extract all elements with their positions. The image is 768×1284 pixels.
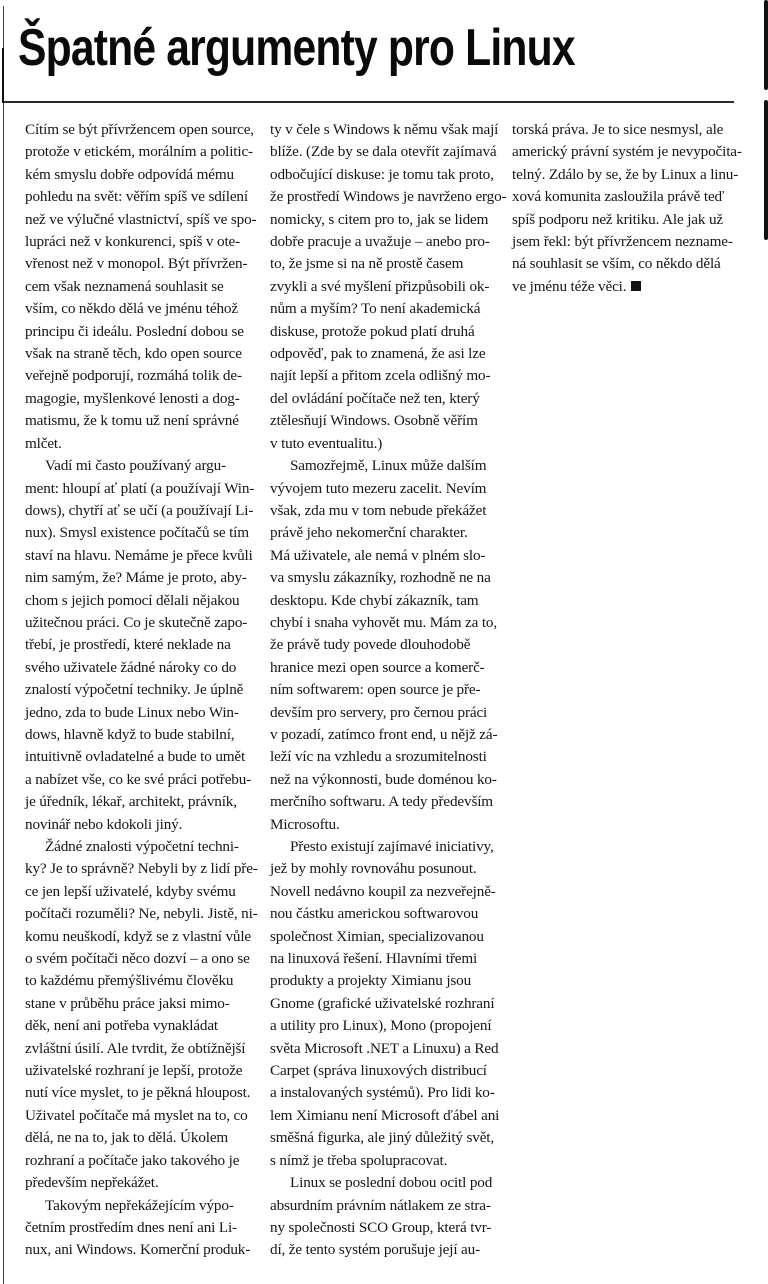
line-text: chom s jejich pomocí dělali nějakou [25,592,240,609]
line-text: a utility pro Linux), Mono (propojení [270,1017,491,1034]
line-text: vývojem tuto mezeru zacelit. Nevím [270,480,486,497]
line-text: kém smyslu dobře odpovídá mému [25,166,234,183]
text-line: nům a myším? To není akademická [270,298,500,320]
line-text: o svém počítači něco dozví – a ono se [25,950,250,967]
text-line: ty v čele s Windows k němu však mají [270,119,500,141]
text-line: ny společnosti SCO Group, která tvr- [270,1217,500,1239]
line-text: xová komunita zasloužila právě teď [512,188,724,205]
line-text: však na straně těch, kdo open source [25,345,242,362]
text-line: světa Microsoft .NET a Linuxu) a Red [270,1038,500,1060]
line-text: užitečnou práci. Co je skutečně zapo- [25,614,247,631]
line-text: zvláštní úsilí. Ale tvrdit, že obtížnějš… [25,1040,245,1057]
text-line: dělá, ne na to, jak to dělá. Úkolem [25,1127,253,1149]
text-line: dobře pracuje a uvažuje – anebo pro- [270,231,500,253]
line-text: veřejně podporují, rozmáhá tolik de- [25,367,242,384]
line-text: četním prostředím dnes není ani Li- [25,1219,237,1236]
line-text: lem Ximianu není Microsoft ďábel ani [270,1107,499,1124]
text-line: ve jménu téže věci. [512,276,742,298]
paragraph-start-line: Žádné znalosti výpočetní techni- [25,836,253,858]
text-line: vývojem tuto mezeru zacelit. Nevím [270,478,500,500]
text-line: najít lepší a přitom zcela odlišný mo- [270,365,500,387]
text-line: a nabízet vše, co ke své práci potřebu- [25,769,253,791]
text-line: zvykli a své myšlení přizpůsobili ok- [270,276,500,298]
line-text: jedno, zda to bude Linux nebo Win- [25,704,239,721]
line-text: než na výkonnosti, bude doménou ko- [270,771,497,788]
line-text: dobře pracuje a uvažuje – anebo pro- [270,233,490,250]
line-text: lupráci než v konkurenci, spíš v ote- [25,233,240,250]
text-line: ment: hloupí ať platí (a používají Win- [25,478,253,500]
text-line: lem Ximianu není Microsoft ďábel ani [270,1105,500,1127]
paragraph-start-line: Vadí mi často používaný argu- [25,455,253,477]
line-text: je úředník, lékař, architekt, právník, [25,793,237,810]
line-text: Novell nedávno koupil za nezveřejně- [270,883,496,900]
line-text: Cítím se být přívržencem open source, [25,121,254,138]
text-line: však na straně těch, kdo open source [25,343,253,365]
line-text: cem však neznamená souhlasit se [25,278,224,295]
line-text: počítači rozuměli? Ne, nebyli. Jistě, ni… [25,905,258,922]
text-line: užitečnou práci. Co je skutečně zapo- [25,612,253,634]
text-line: znalostí výpočetní techniky. Je úplně [25,679,253,701]
line-text: rozhraní a počítače jako takového je [25,1152,239,1169]
text-line: a utility pro Linux), Mono (propojení [270,1015,500,1037]
text-line: směšná figurka, ale jiný důležitý svět, [270,1127,500,1149]
line-text: diskuse, protože pokud platí druhá [270,323,475,340]
line-text: a instalovaných systémů). Pro lidi ko- [270,1084,495,1101]
line-text: dělá, ne na to, jak to dělá. Úkolem [25,1129,228,1146]
line-text: intuitivně ovladatelné a bude to umět [25,748,245,765]
text-line: telný. Zdálo by se, že by Linux a linu- [512,164,742,186]
text-line: va smyslu zákazníky, rozhodně ne na [270,567,500,589]
line-text: ve jménu téže věci. [512,278,626,295]
line-text: společnost Ximian, specializovanou [270,928,484,945]
text-line: staví na hlavu. Nemáme je přece kvůli [25,545,253,567]
text-line: del ovládání počítače než ten, který [270,388,500,410]
line-text: novinář nebo kdokoli jiný. [25,816,182,833]
text-line: Microsoftu. [270,814,500,836]
text-line: nim samým, že? Máme je proto, aby- [25,567,253,589]
line-text: než ve výlučné vlastnictví, spíš ve spo- [25,211,256,228]
text-line: desktopu. Kde chybí zákazník, tam [270,590,500,612]
text-line: chom s jejich pomocí dělali nějakou [25,590,253,612]
text-line: dows, hlavně když to bude stabilní, [25,724,253,746]
line-text: dows), chytří ať se učí (a používají Li- [25,502,253,519]
line-text: nům a myším? To není akademická [270,300,480,317]
text-line: a instalovaných systémů). Pro lidi ko- [270,1082,500,1104]
text-line: vším, co někdo dělá ve jménu téhož [25,298,253,320]
text-line: merčního softwaru. A tedy především [270,791,500,813]
page-left-edge-mark [2,48,4,103]
line-text: Microsoftu. [270,816,340,833]
text-line: matismu, že k tomu už není správné [25,410,253,432]
text-line: ce jen lepší uživatelé, kdyby svému [25,881,253,903]
line-text: jež by mohly rovnováhu posunout. [270,860,477,877]
text-line: intuitivně ovladatelné a bude to umět [25,746,253,768]
line-text: nim samým, že? Máme je proto, aby- [25,569,247,586]
line-text: Takovým nepřekážejícím výpo- [45,1197,234,1214]
line-text: směšná figurka, ale jiný důležitý svět, [270,1129,494,1146]
end-of-article-square-icon [631,281,641,291]
line-text: nutí více myslet, to je pěkná hloupost. [25,1084,250,1101]
line-text: Přesto existují zajímavé iniciativy, [290,838,494,855]
line-text: ním softwarem: open source je pře- [270,681,480,698]
text-line: produkty a projekty Ximianu jsou [270,970,500,992]
line-text: magogie, myšlenkové lenosti a dog- [25,390,240,407]
line-text: zvykli a své myšlení přizpůsobili ok- [270,278,489,295]
text-line: nou částku americkou softwarovou [270,903,500,925]
text-line: ky? Je to správně? Nebyli by z lidí pře- [25,858,253,880]
text-line: jsem řekl: být přívržencem nezname- [512,231,742,253]
text-line: že právě tudy povede dlouhodobě [270,634,500,656]
text-line: spíš podporu než kritiku. Ale jak už [512,209,742,231]
line-text: třebí, je prostředí, které neklade na [25,636,231,653]
text-line: protože v etickém, morálním a politic- [25,141,253,163]
text-line: uživatelské rozhraní je lepší, protože [25,1060,253,1082]
text-line: veřejně podporují, rozmáhá tolik de- [25,365,253,387]
line-text: hranice mezi open source a komerč- [270,659,485,676]
line-text: s nímž je třeba spolupracovat. [270,1152,447,1169]
text-line: především nepřekážet. [25,1172,253,1194]
text-line: Gnome (grafické uživatelské rozhraní [270,993,500,1015]
line-text: spíš podporu než kritiku. Ale jak už [512,211,723,228]
text-line: než ve výlučné vlastnictví, spíš ve spo- [25,209,253,231]
text-line: odpověď, pak to znamená, že asi lze [270,343,500,365]
text-line: Novell nedávno koupil za nezveřejně- [270,881,500,903]
text-line: je úředník, lékař, architekt, právník, [25,791,253,813]
line-text: Vadí mi často používaný argu- [45,457,226,474]
line-text: dows, hlavně když to bude stabilní, [25,726,234,743]
text-line: na linuxová řešení. Hlavními třemi [270,948,500,970]
line-text: že právě tudy povede dlouhodobě [270,636,470,653]
text-line: pohledu na svět: věřím spíš ve sdílení [25,186,253,208]
line-text: va smyslu zákazníky, rozhodně ne na [270,569,491,586]
text-line: Uživatel počítače má myslet na to, co [25,1105,253,1127]
text-line: to každému přemýšlivému člověku [25,970,253,992]
line-text: torská práva. Je to sice nesmysl, ale [512,121,723,138]
text-line: jedno, zda to bude Linux nebo Win- [25,702,253,724]
line-text: ná souhlasit se vším, co někdo dělá [512,255,721,272]
text-line: lupráci než v konkurenci, spíš v ote- [25,231,253,253]
text-line: xová komunita zasloužila právě teď [512,186,742,208]
text-line: děk, není ani potřeba vynakládat [25,1015,253,1037]
text-line: dí, že tento systém porušuje její au- [270,1239,500,1261]
text-line: blíže. (Zde by se dala otevřít zajímavá [270,141,500,163]
paragraph-start-line: Takovým nepřekážejícím výpo- [25,1195,253,1217]
line-text: svého uživatele žádné nároky co do [25,659,236,676]
text-line: chybí i snaha vyhovět mu. Mám za to, [270,612,500,634]
line-text: odbočující diskuse: je tomu tak proto, [270,166,494,183]
text-line: torská práva. Je to sice nesmysl, ale [512,119,742,141]
text-line: než na výkonnosti, bude doménou ko- [270,769,500,791]
text-line: novinář nebo kdokoli jiný. [25,814,253,836]
line-text: především nepřekážet. [25,1174,158,1191]
paragraph-start-line: Linux se poslední dobou ocitl pod [270,1172,500,1194]
line-text: del ovládání počítače než ten, který [270,390,480,407]
line-text: najít lepší a přitom zcela odlišný mo- [270,367,490,384]
line-text: produkty a projekty Ximianu jsou [270,972,471,989]
text-line: však, zda mu v tom nebude překážet [270,500,500,522]
line-text: pohledu na svět: věřím spíš ve sdílení [25,188,248,205]
line-text: telný. Zdálo by se, že by Linux a linu- [512,166,738,183]
line-text: blíže. (Zde by se dala otevřít zajímavá [270,143,497,160]
text-line: vřenost než v monopol. Být přívržen- [25,253,253,275]
text-line: devším pro servery, pro černou práci [270,702,500,724]
text-line: diskuse, protože pokud platí druhá [270,321,500,343]
text-line: Cítím se být přívržencem open source, [25,119,253,141]
text-line: ná souhlasit se vším, co někdo dělá [512,253,742,275]
line-text: principu či ideálu. Poslední dobou se [25,323,244,340]
line-text: Gnome (grafické uživatelské rozhraní [270,995,494,1012]
text-line: s nímž je třeba spolupracovat. [270,1150,500,1172]
article-column-1: Cítím se být přívržencem open source,pro… [25,119,253,1262]
text-line: nutí více myslet, to je pěkná hloupost. [25,1082,253,1104]
line-text: nux, ani Windows. Komerční produk- [25,1241,250,1258]
line-text: ce jen lepší uživatelé, kdyby svému [25,883,236,900]
line-text: že prostředí Windows je navrženo ergo- [270,188,506,205]
text-line: Carpet (správa linuxových distribucí [270,1060,500,1082]
article-column-2: ty v čele s Windows k němu však majíblíž… [270,119,500,1262]
text-line: magogie, myšlenkové lenosti a dog- [25,388,253,410]
line-text: stane v průběhu práce jaksi mimo- [25,995,230,1012]
line-text: Samozřejmě, Linux může dalším [290,457,486,474]
line-text: Carpet (správa linuxových distribucí [270,1062,487,1079]
text-line: americký právní systém je nevypočita- [512,141,742,163]
line-text: nou částku americkou softwarovou [270,905,478,922]
line-text: komu neuškodí, když se z vlastní vůle [25,928,251,945]
line-text: a nabízet vše, co ke své práci potřebu- [25,771,251,788]
text-line: rozhraní a počítače jako takového je [25,1150,253,1172]
line-text: děk, není ani potřeba vynakládat [25,1017,218,1034]
text-line: nux). Smysl existence počítačů se tím [25,522,253,544]
text-line: třebí, je prostředí, které neklade na [25,634,253,656]
text-line: odbočující diskuse: je tomu tak proto, [270,164,500,186]
text-line: absurdním právním nátlakem ze stra- [270,1195,500,1217]
line-text: ny společnosti SCO Group, která tvr- [270,1219,491,1236]
line-text: v pozadí, zatímco front end, u nějž zá- [270,726,497,743]
text-line: právě jeho nekomerční charakter. [270,522,500,544]
text-line: nomicky, s citem pro to, jak se lidem [270,209,500,231]
text-line: komu neuškodí, když se z vlastní vůle [25,926,253,948]
line-text: světa Microsoft .NET a Linuxu) a Red [270,1040,498,1057]
line-text: právě jeho nekomerční charakter. [270,524,468,541]
paragraph-start-line: Přesto existují zajímavé iniciativy, [270,836,500,858]
text-line: stane v průběhu práce jaksi mimo- [25,993,253,1015]
text-line: ztělesňují Windows. Osobně věřím [270,410,500,432]
line-text: na linuxová řešení. Hlavními třemi [270,950,477,967]
text-line: leží víc na vzhledu a srozumitelnosti [270,746,500,768]
line-text: Linux se poslední dobou ocitl pod [290,1174,492,1191]
line-text: chybí i snaha vyhovět mu. Mám za to, [270,614,497,631]
line-text: to každému přemýšlivému člověku [25,972,233,989]
text-line: ním softwarem: open source je pře- [270,679,500,701]
text-line: počítači rozuměli? Ne, nebyli. Jistě, ni… [25,903,253,925]
line-text: vřenost než v monopol. Být přívržen- [25,255,247,272]
line-text: matismu, že k tomu už není správné [25,412,239,429]
text-line: dows), chytří ať se učí (a používají Li- [25,500,253,522]
title-rule [4,101,734,103]
line-text: ky? Je to správně? Nebyli by z lidí pře- [25,860,258,877]
line-text: absurdním právním nátlakem ze stra- [270,1197,491,1214]
line-text: odpověď, pak to znamená, že asi lze [270,345,485,362]
line-text: protože v etickém, morálním a politic- [25,143,253,160]
text-line: principu či ideálu. Poslední dobou se [25,321,253,343]
line-text: merčního softwaru. A tedy především [270,793,493,810]
paragraph-start-line: Samozřejmě, Linux může dalším [270,455,500,477]
text-line: zvláštní úsilí. Ale tvrdit, že obtížnějš… [25,1038,253,1060]
text-line: to, že jsme si na ně prostě časem [270,253,500,275]
line-text: americký právní systém je nevypočita- [512,143,742,160]
line-text: vším, co někdo dělá ve jménu téhož [25,300,238,317]
article-column-3: torská práva. Je to sice nesmysl, aleame… [512,119,742,298]
text-line: jež by mohly rovnováhu posunout. [270,858,500,880]
line-text: jsem řekl: být přívržencem nezname- [512,233,733,250]
line-text: desktopu. Kde chybí zákazník, tam [270,592,478,609]
line-text: dí, že tento systém porušuje její au- [270,1241,480,1258]
line-text: Má uživatele, ale nemá v plném slo- [270,547,485,564]
line-text: nux). Smysl existence počítačů se tím [25,524,249,541]
page-right-edge-lower [764,100,768,240]
text-line: o svém počítači něco dozví – a ono se [25,948,253,970]
text-line: hranice mezi open source a komerč- [270,657,500,679]
text-line: kém smyslu dobře odpovídá mému [25,164,253,186]
text-line: v tuto eventualitu.) [270,433,500,455]
line-text: leží víc na vzhledu a srozumitelnosti [270,748,487,765]
line-text: ty v čele s Windows k němu však mají [270,121,498,138]
line-text: Žádné znalosti výpočetní techni- [45,838,239,855]
line-text: znalostí výpočetní techniky. Je úplně [25,681,243,698]
page-right-edge [764,0,768,90]
text-line: v pozadí, zatímco front end, u nějž zá- [270,724,500,746]
line-text: v tuto eventualitu.) [270,435,382,452]
line-text: uživatelské rozhraní je lepší, protože [25,1062,242,1079]
text-line: mlčet. [25,433,253,455]
page-left-edge [3,6,4,1284]
line-text: mlčet. [25,435,62,452]
line-text: to, že jsme si na ně prostě časem [270,255,463,272]
article-title: Špatné argumenty pro Linux [18,22,575,74]
text-line: společnost Ximian, specializovanou [270,926,500,948]
text-line: Má uživatele, ale nemá v plném slo- [270,545,500,567]
text-line: nux, ani Windows. Komerční produk- [25,1239,253,1261]
line-text: ztělesňují Windows. Osobně věřím [270,412,478,429]
line-text: však, zda mu v tom nebude překážet [270,502,486,519]
line-text: staví na hlavu. Nemáme je přece kvůli [25,547,253,564]
line-text: Uživatel počítače má myslet na to, co [25,1107,248,1124]
text-line: cem však neznamená souhlasit se [25,276,253,298]
text-line: četním prostředím dnes není ani Li- [25,1217,253,1239]
line-text: devším pro servery, pro černou práci [270,704,487,721]
text-line: že prostředí Windows je navrženo ergo- [270,186,500,208]
line-text: nomicky, s citem pro to, jak se lidem [270,211,488,228]
line-text: ment: hloupí ať platí (a používají Win- [25,480,254,497]
text-line: svého uživatele žádné nároky co do [25,657,253,679]
